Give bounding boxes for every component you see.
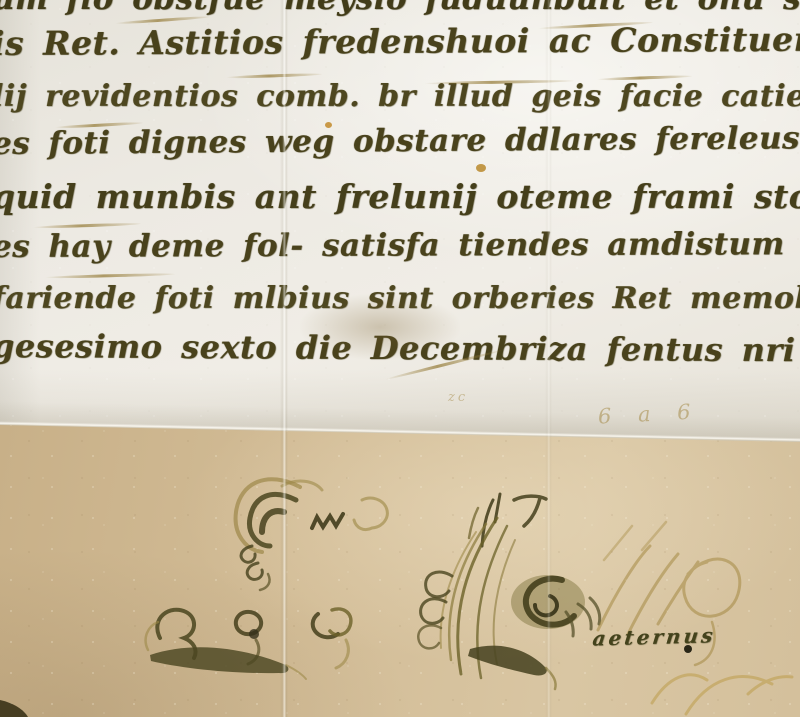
faint-lower-flourish (652, 675, 792, 714)
handwritten-line-5: quid munbis ant frelunij oteme frami sto… (0, 177, 800, 216)
handwritten-line-1: um fio obstfue meysio fuduunbuit et onu … (0, 0, 800, 17)
handwritten-line-3: lij revidentios comb. br illud geis faci… (0, 79, 800, 114)
left-curl-crest-flourish (236, 479, 388, 590)
handwritten-line-4: es foti dignes weg obstare ddlares ferel… (0, 120, 800, 162)
handwritten-line-6: es hay deme fol- satisfa tiendes amdistu… (0, 226, 800, 265)
signature-word: aeternus (591, 622, 784, 651)
rust-speck (325, 122, 332, 128)
handwritten-line-7: fariende foti mlbius sint orberies Ret m… (0, 281, 800, 316)
parchment-upper: um fio obstfue meysio fuduunbuit et onu … (0, 0, 800, 450)
corner-mark (0, 700, 28, 717)
flourish-drawings (0, 385, 800, 717)
pen-swash (45, 273, 175, 279)
plume-head-flourish (468, 575, 600, 689)
manuscript-photo: um fio obstfue meysio fuduunbuit et onu … (0, 0, 800, 717)
handwritten-line-8: gesesimo sexto die Decembriza fentus nri… (0, 327, 800, 369)
under-swash-flourish (150, 647, 306, 679)
rust-speck (476, 164, 486, 172)
handwritten-line-2: is Ret. Astitios fredenshuoi ac Constitu… (0, 20, 800, 63)
